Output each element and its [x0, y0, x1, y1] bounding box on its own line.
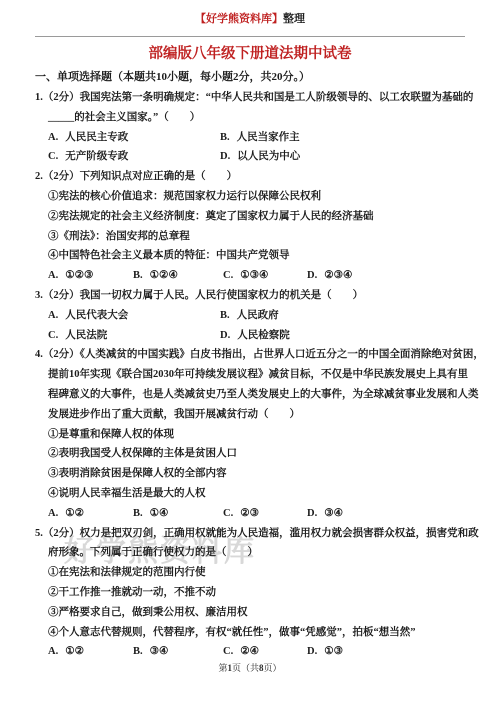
question: 3.（2分）我国一切权力属于人民。人民行使国家权力的机关是（ ）A.人民代表大会… — [35, 286, 465, 345]
option-b: B.人民政府 — [220, 306, 465, 326]
question-text-line: 5.（2分）权力是把双刃剑，正确用权就能为人民造福，滥用权力就会损害群众权益，损… — [35, 524, 465, 544]
option-d: D.②③④ — [307, 266, 465, 286]
option-a: A.人民代表大会 — [48, 306, 220, 326]
question-sub-item: ①是尊重和保障人权的体现 — [48, 425, 465, 445]
question: 1.（2分）我国宪法第一条明确规定：“中华人民共和国是工人阶级领导的、以工农联盟… — [35, 88, 465, 167]
question-text-line: 2.（2分）下列知识点对应正确的是（ ） — [35, 167, 465, 187]
option-b: B.①④ — [133, 504, 223, 524]
footer-middle: 页（共 — [232, 663, 259, 673]
option-c: C.无产阶级专政 — [48, 147, 220, 167]
question-sub-item: ①在宪法和法律规定的范围内行使 — [48, 563, 465, 583]
option-d: D.人民检察院 — [220, 326, 465, 346]
option-text: 人民代表大会 — [65, 310, 128, 321]
option-a: A.①② — [48, 642, 133, 662]
option-text: ①②④ — [150, 270, 178, 281]
options-row: C.人民法院D.人民检察院 — [48, 326, 465, 346]
option-c: C.②④ — [223, 642, 307, 662]
option-text: 人民政府 — [237, 310, 279, 321]
section-heading: 一、单项选择题（本题共10小题，每小题2分，共20分。） — [35, 69, 465, 86]
option-text: ③④ — [150, 646, 169, 657]
options-row: A.①②③B.①②④C.①③④D.②③④ — [48, 266, 465, 286]
question-text-line: 3.（2分）我国一切权力属于人民。人民行使国家权力的机关是（ ） — [35, 286, 465, 306]
question-sub-item: ①宪法的核心价值追求：规范国家权力运行以保障公民权利 — [48, 187, 465, 207]
option-c: C.②③ — [223, 504, 307, 524]
question-text-line: 发展进步作出了重大贡献，我国开展减贫行动（ ） — [48, 405, 465, 425]
question-sub-item: ④说明人民幸福生活是最大的人权 — [48, 484, 465, 504]
header-divider — [35, 36, 465, 37]
page-footer: 第1页（共8页） — [0, 662, 500, 674]
option-text: 以人民为中心 — [237, 151, 300, 162]
option-label: A. — [48, 132, 58, 143]
question-sub-item: ④中国特色社会主义最本质的特征：中国共产党领导 — [48, 246, 465, 266]
option-label: D. — [307, 270, 317, 281]
option-label: A. — [48, 270, 58, 281]
option-d: D.①③ — [307, 642, 465, 662]
option-label: C. — [223, 646, 233, 657]
option-label: C. — [48, 151, 58, 162]
question-text-line: 提前10年实现《联合国2030年可持续发展议程》减贫目标，不仅是中华民族发展史上… — [48, 365, 465, 385]
question-sub-item: ④个人意志代替规则，代替程序，有权“就任性”，做事“凭感觉”，拍板“想当然” — [48, 623, 465, 643]
option-text: ①③ — [324, 646, 343, 657]
option-text: ②③④ — [324, 270, 352, 281]
option-d: D.以人民为中心 — [220, 147, 465, 167]
page-title: 部编版八年级下册道法期中试卷 — [0, 44, 500, 64]
option-a: A.①②③ — [48, 266, 133, 286]
option-text: ①②③ — [65, 270, 93, 281]
option-label: B. — [133, 646, 143, 657]
option-b: B.人民当家作主 — [220, 128, 465, 148]
question-sub-item: ②表明我国受人权保障的主体是贫困人口 — [48, 444, 465, 464]
options-row: A.人民代表大会B.人民政府 — [48, 306, 465, 326]
option-text: 人民当家作主 — [237, 132, 300, 143]
brand-name: 【好学熊资料库】 — [195, 13, 283, 25]
option-text: ②④ — [240, 646, 259, 657]
option-c: C.①③④ — [223, 266, 307, 286]
exam-page: 【好学熊资料库】整理 部编版八年级下册道法期中试卷 一、单项选择题（本题共10小… — [0, 0, 500, 707]
question-list: 1.（2分）我国宪法第一条明确规定：“中华人民共和国是工人阶级领导的、以工农联盟… — [35, 88, 465, 662]
header-suffix: 整理 — [283, 13, 305, 25]
option-label: D. — [220, 330, 230, 341]
question: 4.（2分）《人类减贫的中国实践》白皮书指出，占世界人口近五分之一的中国全面消除… — [35, 345, 465, 523]
option-label: C. — [48, 330, 58, 341]
options-row: A.①②B.③④C.②④D.①③ — [48, 642, 465, 662]
question-sub-item: ③《刑法》：治国安邦的总章程 — [48, 227, 465, 247]
question-text-line: 1.（2分）我国宪法第一条明确规定：“中华人民共和国是工人阶级领导的、以工农联盟… — [35, 88, 465, 108]
option-a: A.①② — [48, 504, 133, 524]
option-label: B. — [220, 132, 230, 143]
question-text-line: _____的社会主义国家。”（ ） — [48, 108, 465, 128]
doc-header: 【好学熊资料库】整理 — [0, 0, 500, 27]
option-label: B. — [133, 270, 143, 281]
option-label: B. — [220, 310, 230, 321]
option-text: ③④ — [324, 508, 343, 519]
option-label: C. — [223, 508, 233, 519]
option-c: C.人民法院 — [48, 326, 220, 346]
option-label: D. — [307, 508, 317, 519]
question-text-line: 4.（2分）《人类减贫的中国实践》白皮书指出，占世界人口近五分之一的中国全面消除… — [35, 345, 465, 365]
option-label: D. — [220, 151, 230, 162]
question-text-line: 程碑意义的大事件，也是人类减贫史乃至人类发展史上的大事件，为全球减贫事业发展和人… — [48, 385, 465, 405]
option-label: B. — [133, 508, 143, 519]
option-text: ②③ — [240, 508, 259, 519]
option-label: A. — [48, 310, 58, 321]
question-sub-item: ②干工作推一推就动一动，不推不动 — [48, 583, 465, 603]
option-label: A. — [48, 508, 58, 519]
option-text: ①② — [65, 646, 84, 657]
question-sub-item: ③严格要求自己，做到秉公用权、廉洁用权 — [48, 603, 465, 623]
option-b: B.①②④ — [133, 266, 223, 286]
question: 5.（2分）权力是把双刃剑，正确用权就能为人民造福，滥用权力就会损害群众权益，损… — [35, 524, 465, 663]
option-text: ①③④ — [240, 270, 268, 281]
option-label: A. — [48, 646, 58, 657]
question: 2.（2分）下列知识点对应正确的是（ ）①宪法的核心价值追求：规范国家权力运行以… — [35, 167, 465, 286]
options-row: A.人民民主专政B.人民当家作主 — [48, 128, 465, 148]
option-text: ①④ — [150, 508, 169, 519]
option-d: D.③④ — [307, 504, 465, 524]
question-text-line: 府形象。下列属于正确行使权力的是（ ） — [48, 543, 465, 563]
option-text: 人民民主专政 — [65, 132, 128, 143]
question-sub-item: ②宪法规定的社会主义经济制度：奠定了国家权力属于人民的经济基础 — [48, 207, 465, 227]
option-a: A.人民民主专政 — [48, 128, 220, 148]
option-text: 人民检察院 — [237, 330, 290, 341]
option-text: 无产阶级专政 — [65, 151, 128, 162]
option-label: D. — [307, 646, 317, 657]
options-row: A.①②B.①④C.②③D.③④ — [48, 504, 465, 524]
question-sub-item: ③表明消除贫困是保障人权的全部内容 — [48, 464, 465, 484]
option-text: ①② — [65, 508, 84, 519]
options-row: C.无产阶级专政D.以人民为中心 — [48, 147, 465, 167]
option-text: 人民法院 — [65, 330, 107, 341]
footer-suffix: 页） — [264, 663, 282, 673]
option-b: B.③④ — [133, 642, 223, 662]
option-label: C. — [223, 270, 233, 281]
